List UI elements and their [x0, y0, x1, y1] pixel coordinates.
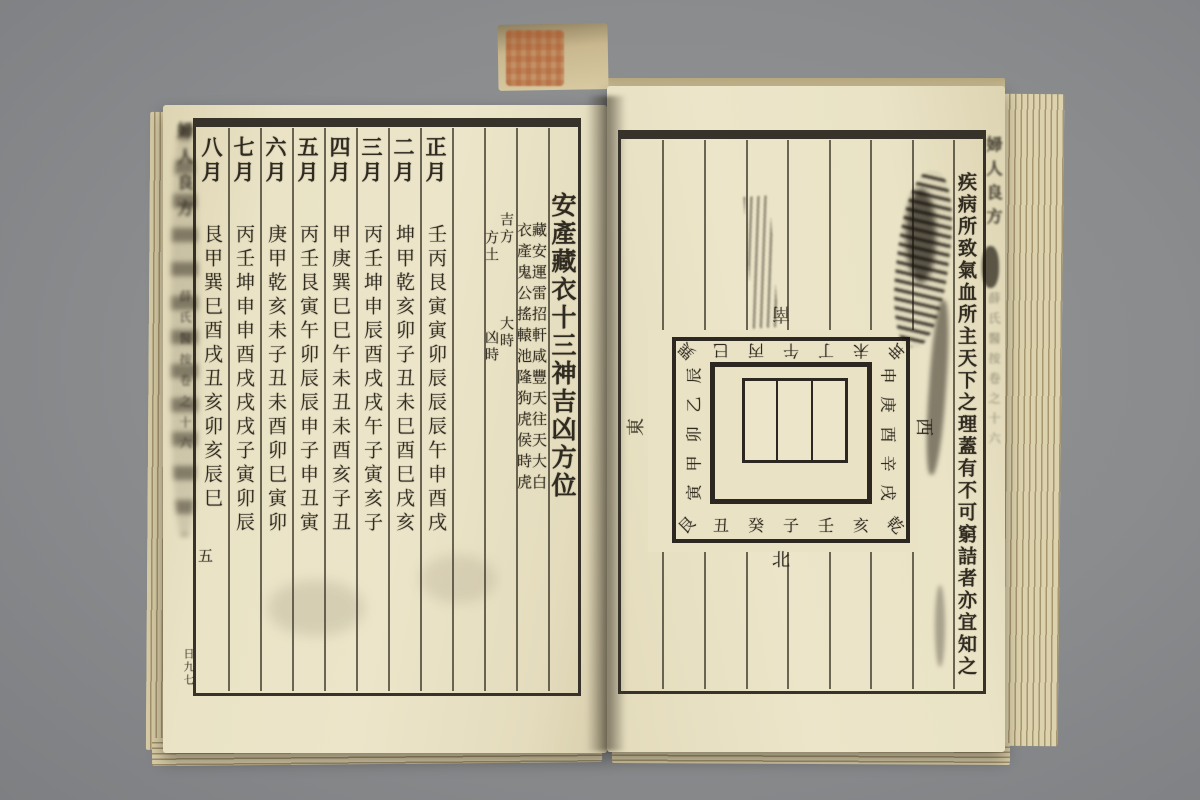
- month-values: 丙壬坤申申酉戌戌戌子寅卯辰: [234, 224, 253, 536]
- column-rule: [420, 128, 422, 691]
- diagram-north-side-characters: 艮 丑 癸 子 壬 亥 乾: [678, 512, 904, 536]
- direction-char: 壬: [818, 513, 834, 536]
- margin-note: 日九七: [183, 648, 194, 687]
- body-text-column: 疾病所致氣血所主天下之理蓋有不可窮詰者亦宜知之: [956, 172, 975, 678]
- west-label: 西: [912, 418, 938, 436]
- direction-char: 子: [783, 513, 799, 536]
- direction-char: 乙: [681, 397, 704, 413]
- diagram-east-side-characters: 辰 乙 卯 甲 寅: [681, 364, 705, 504]
- spirit-list-left: 衣產鬼公搖轅池隆狗虎侯時虎: [516, 222, 531, 495]
- diagram-south-side-characters: 巽 巳 丙 午 丁 未 坤: [678, 340, 904, 362]
- column-rule: [228, 128, 230, 691]
- month-label: 七月: [233, 136, 254, 186]
- month-values: 庚甲乾亥未子丑未酉卯巳寅卯: [266, 224, 285, 536]
- label-auspicious-direction: 吉方: [499, 212, 513, 246]
- book-photo: 安產藏衣十三神吉凶方位 藏安運雷招軒咸豐天往天大白 衣產鬼公搖轅池隆狗虎侯時虎 …: [0, 0, 1200, 800]
- page-number: 五: [197, 548, 212, 563]
- column-rule: [292, 128, 294, 691]
- direction-char: 丙: [748, 340, 764, 363]
- collection-seal-stamp: [506, 30, 564, 86]
- direction-char: 戌: [877, 484, 900, 500]
- column-rule: [356, 128, 358, 691]
- inner-panel-divider: [811, 380, 813, 461]
- month-label: 八月: [201, 136, 222, 186]
- direction-char: 庚: [877, 397, 900, 413]
- direction-char: 卯: [681, 426, 704, 442]
- spine-volume-title: 薛氏醫按卷之十六: [179, 290, 191, 458]
- month-values: 丙壬艮寅午卯辰辰申子申丑寅: [298, 224, 317, 536]
- direction-char: 丁: [818, 340, 834, 363]
- column-rule: [324, 128, 326, 691]
- direction-char: 亥: [853, 513, 869, 536]
- month-values: 甲庚巽巳巳午未丑未酉亥子丑: [330, 224, 349, 536]
- south-label: 南: [772, 302, 790, 328]
- direction-char: 癸: [748, 513, 764, 536]
- direction-char: 午: [783, 340, 799, 363]
- column-rule: [484, 128, 486, 691]
- month-label: 四月: [329, 136, 350, 186]
- direction-char: 未: [853, 340, 869, 363]
- edge-book-title: 婦人良方: [985, 136, 1001, 232]
- month-label: 正月: [425, 136, 446, 186]
- month-values: 壬丙艮寅寅卯辰辰辰午申酉戌: [426, 224, 445, 536]
- page-edge-stack-right: [998, 94, 1065, 747]
- direction-char: 甲: [681, 455, 704, 471]
- month-values: 艮甲巽巳酉戌丑亥卯亥辰巳: [202, 224, 221, 512]
- label-great-time: 大時: [499, 316, 513, 350]
- spine-book-title: 婦人良方: [176, 122, 192, 226]
- east-label: 東: [622, 418, 648, 436]
- month-label: 三月: [361, 136, 382, 186]
- north-label: 北: [772, 546, 790, 572]
- direction-char: 申: [877, 367, 900, 383]
- label-inauspicious-time: 凶時: [484, 330, 498, 364]
- direction-diagram-inner-panel: [742, 378, 848, 463]
- column-rule: [452, 128, 454, 691]
- month-label: 二月: [393, 136, 414, 186]
- column-rule: [260, 128, 262, 691]
- month-label: 五月: [297, 136, 318, 186]
- column-rule: [388, 128, 390, 691]
- direction-char: 丑: [713, 513, 729, 536]
- spirit-list-right: 藏安運雷招軒咸豐天往天大白: [531, 222, 546, 495]
- section-title: 安產藏衣十三神吉凶方位: [550, 192, 575, 500]
- diagram-west-side-characters: 申 庚 酉 辛 戌: [877, 364, 901, 504]
- label-direction-earth: 方土: [484, 230, 498, 264]
- month-values: 丙壬坤申辰酉戌戌午子寅亥子: [362, 224, 381, 536]
- month-label: 六月: [265, 136, 286, 186]
- month-values: 坤甲乾亥卯子丑未巳酉巳戌亥: [394, 224, 413, 536]
- direction-char: 辛: [877, 455, 900, 471]
- direction-char: 辰: [681, 367, 704, 383]
- direction-char: 寅: [681, 484, 704, 500]
- direction-char: 巳: [713, 340, 729, 363]
- direction-char: 酉: [877, 426, 900, 442]
- edge-volume-title: 薛氏醫按卷之十六: [988, 292, 1000, 452]
- inner-panel-divider: [776, 380, 778, 461]
